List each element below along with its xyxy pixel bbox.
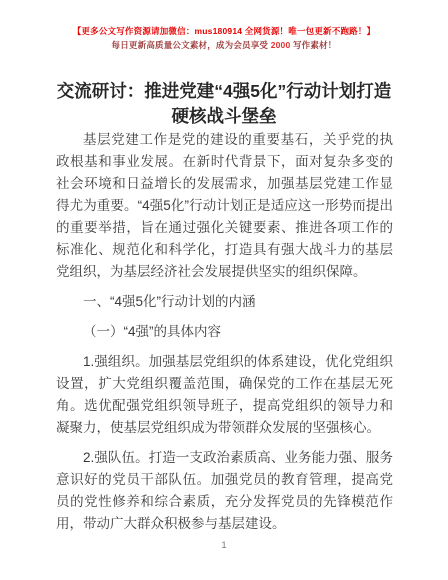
watermark-line1: 【更多公文写作资源请加微信：mus180914 全网货源！唯一包更新不跑路！】 bbox=[0, 25, 448, 38]
watermark: 【更多公文写作资源请加微信：mus180914 全网货源！唯一包更新不跑路！】 … bbox=[0, 25, 448, 52]
paragraph-intro: 基层党建工作是党的建设的重要基石，关乎党的执政根基和事业发展。在新时代背景下，面… bbox=[56, 129, 393, 283]
watermark-line2-suffix: 写作素材！ bbox=[290, 40, 336, 50]
paragraph-item-2: 2.强队伍。打造一支政治素质高、业务能力强、服务意识好的党员干部队伍。加强党员的… bbox=[56, 447, 393, 535]
paragraph-item-1: 1.强组织。加强基层党组织的体系建设，优化党组织设置，扩大党组织覆盖范围，确保党… bbox=[56, 351, 393, 439]
document-body: 基层党建工作是党的建设的重要基石，关乎党的执政根基和事业发展。在新时代背景下，面… bbox=[56, 129, 393, 543]
heading-section-1: 一、“4强5化”行动计划的内涵 bbox=[56, 291, 393, 313]
page-number: 1 bbox=[0, 540, 448, 551]
heading-subsection-1: （一）“4强”的具体内容 bbox=[56, 321, 393, 343]
watermark-line2-prefix: 每日更新高质量公文素材，成为会员享受 bbox=[112, 40, 271, 50]
document-title: 交流研讨：推进党建“4强5化”行动计划打造硬核战斗堡垒 bbox=[52, 79, 396, 129]
watermark-line2: 每日更新高质量公文素材，成为会员享受 2000 写作素材！ bbox=[0, 38, 448, 52]
document-page: 【更多公文写作资源请加微信：mus180914 全网货源！唯一包更新不跑路！】 … bbox=[0, 0, 448, 580]
watermark-line2-number: 2000 bbox=[271, 40, 291, 50]
